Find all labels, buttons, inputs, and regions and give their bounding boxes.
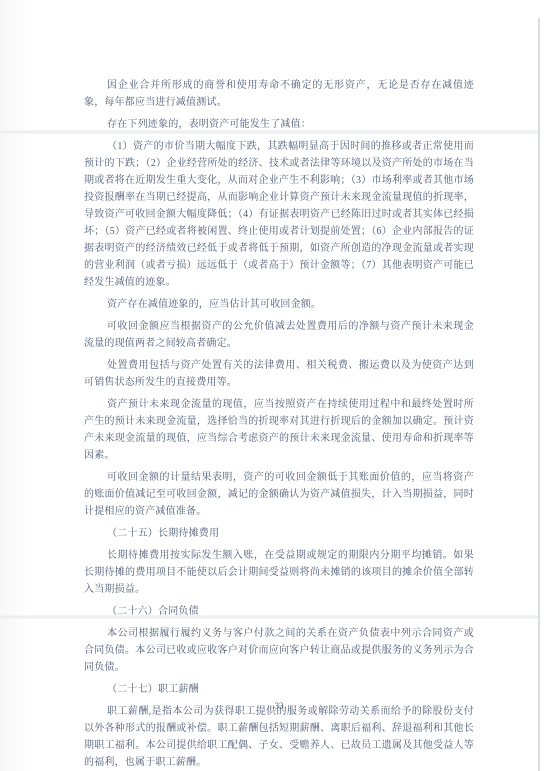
section-heading: （二十五）长期待摊费用 (84, 525, 474, 542)
left-edge-scan-shading (0, 0, 30, 771)
page-number: 33 (84, 701, 474, 711)
paragraph: 处置费用包括与资产处置有关的法律费用、相关税费、搬运费以及为使资产达到可销售状态… (84, 357, 474, 391)
section-heading: （二十七）职工薪酬 (84, 681, 474, 698)
paragraph: 可收回金额的计量结果表明，资产的可收回金额低于其账面价值的，应当将资产的账面价值… (84, 469, 474, 520)
paragraph: 职工薪酬,是指本公司为获得职工提供的服务或解除劳动关系而给予的除股份支付以外各种… (84, 703, 474, 771)
paragraph: 资产预计未来现金流量的现值，应当按照资产在持续使用过程中和最终处置时所产生的预计… (84, 396, 474, 464)
paragraph: 可收回金额应当根据资产的公允价值减去处置费用后的净额与资产预计未来现金流量的现值… (84, 318, 474, 352)
paragraph: 资产存在减值迹象的，应当估计其可收回金额。 (84, 296, 474, 313)
section-heading: （二十六）合同负债 (84, 603, 474, 620)
paragraph: （1）资产的市价当期大幅度下跌，其跌幅明显高于因时间的推移或者正常使用而预计的下… (84, 138, 474, 291)
paragraph: 存在下列迹象的，表明资产可能发生了减值： (84, 116, 474, 133)
scanned-document-page: 因企业合并所形成的商誉和使用寿命不确定的无形资产，无论是否存在减值迹象，每年都应… (0, 0, 545, 771)
vertical-scan-artifact (538, 18, 540, 771)
paragraph: 因企业合并所形成的商誉和使用寿命不确定的无形资产，无论是否存在减值迹象，每年都应… (84, 77, 474, 111)
paragraph: 长期待摊费用按实际发生额入账，在受益期或规定的期限内分期平均摊销。如果长期待摊的… (84, 547, 474, 598)
document-body: 因企业合并所形成的商誉和使用寿命不确定的无形资产，无论是否存在减值迹象，每年都应… (84, 77, 474, 771)
paragraph: 本公司根据履行履约义务与客户付款之间的关系在资产负债表中列示合同资产或合同负债。… (84, 625, 474, 676)
